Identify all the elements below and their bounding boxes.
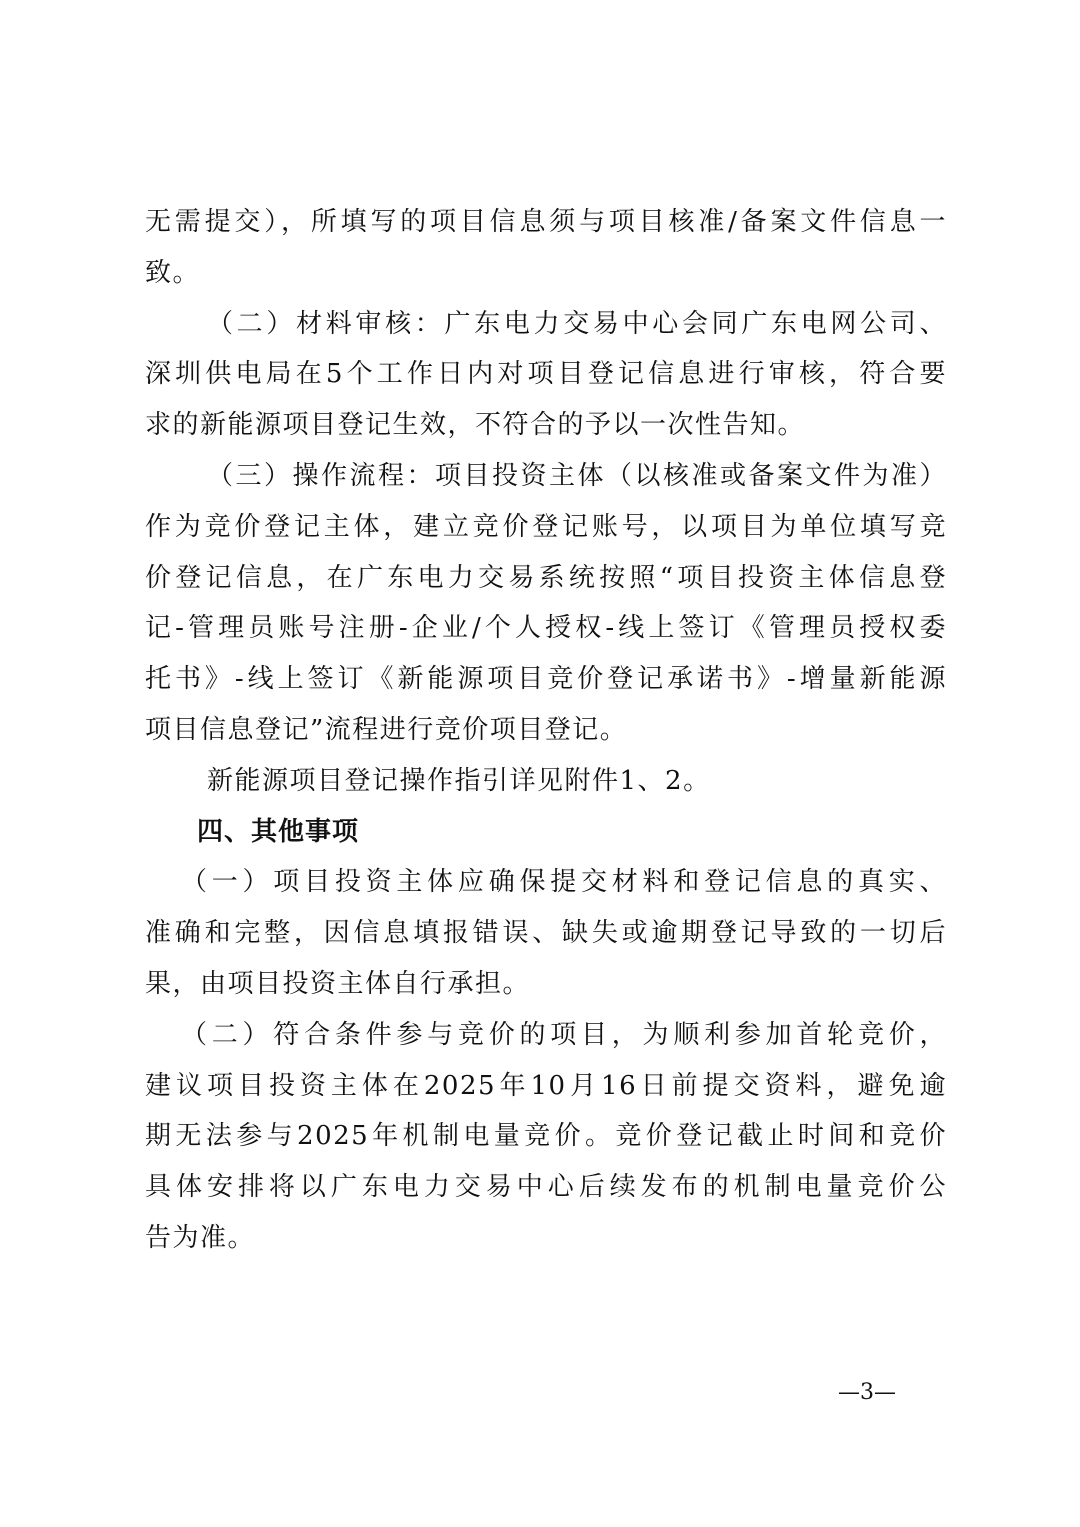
document-body: 无需提交），所填写的项目信息须与项目核准/备案文件信息一 致。 （二）材料审核：… bbox=[145, 197, 947, 1264]
paragraph-line: 建议项目投资主体在2025年10月16日前提交资料，避免逾 bbox=[145, 1061, 947, 1112]
paragraph-line: 作为竞价登记主体，建立竞价登记账号，以项目为单位填写竞 bbox=[145, 502, 947, 553]
paragraph-line: 无需提交），所填写的项目信息须与项目核准/备案文件信息一 bbox=[145, 197, 947, 248]
paragraph-line: 深圳供电局在5个工作日内对项目登记信息进行审核，符合要 bbox=[145, 349, 947, 400]
paragraph-line: （三）操作流程：项目投资主体（以核准或备案文件为准） bbox=[145, 451, 947, 502]
page-number: —3— bbox=[838, 1378, 896, 1408]
document-page: 无需提交），所填写的项目信息须与项目核准/备案文件信息一 致。 （二）材料审核：… bbox=[0, 0, 1080, 1527]
paragraph-line: 准确和完整，因信息填报错误、缺失或逾期登记导致的一切后 bbox=[145, 908, 947, 959]
paragraph-line: 具体安排将以广东电力交易中心后续发布的机制电量竞价公 bbox=[145, 1162, 947, 1213]
paragraph-line: 项目信息登记”流程进行竞价项目登记。 bbox=[145, 705, 947, 756]
paragraph-line: 新能源项目登记操作指引详见附件1、2。 bbox=[145, 756, 947, 807]
paragraph-line: 致。 bbox=[145, 248, 947, 299]
paragraph-line: 记-管理员账号注册-企业/个人授权-线上签订《管理员授权委 bbox=[145, 603, 947, 654]
paragraph-line: 告为准。 bbox=[145, 1213, 947, 1264]
section-heading: 四、其他事项 bbox=[145, 807, 947, 858]
paragraph-line: 价登记信息，在广东电力交易系统按照“项目投资主体信息登 bbox=[145, 553, 947, 604]
paragraph-line: 求的新能源项目登记生效，不符合的予以一次性告知。 bbox=[145, 400, 947, 451]
paragraph-line: 果，由项目投资主体自行承担。 bbox=[145, 959, 947, 1010]
paragraph-line: （二）材料审核：广东电力交易中心会同广东电网公司、 bbox=[145, 299, 947, 350]
paragraph-line: （一）项目投资主体应确保提交材料和登记信息的真实、 bbox=[145, 857, 947, 908]
paragraph-line: （二）符合条件参与竞价的项目，为顺利参加首轮竞价， bbox=[145, 1010, 947, 1061]
paragraph-line: 托书》-线上签订《新能源项目竞价登记承诺书》-增量新能源 bbox=[145, 654, 947, 705]
paragraph-line: 期无法参与2025年机制电量竞价。竞价登记截止时间和竞价 bbox=[145, 1111, 947, 1162]
